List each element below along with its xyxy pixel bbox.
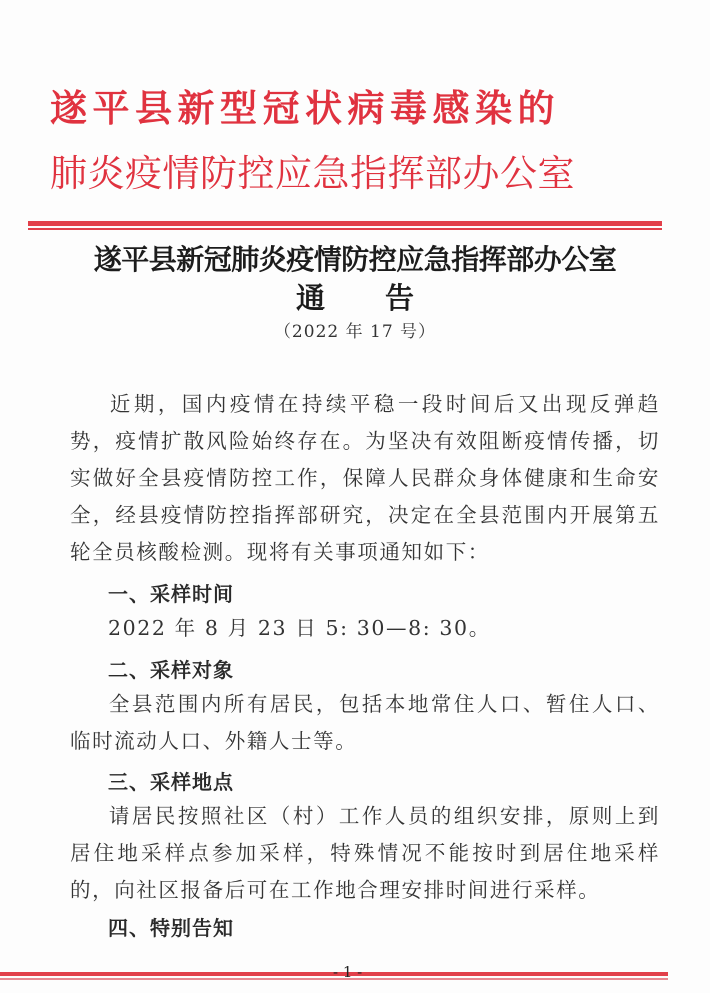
section-2-body: 全县范围内所有居民，包括本地常住人口、暂住人口、临时流动人口、外籍人士等。 (70, 692, 660, 753)
letterhead-line-2: 肺炎疫情防控应急指挥部办公室 (50, 143, 650, 197)
section-3-text: 请居民按照社区（村）工作人员的组织安排，原则上到居住地采样点参加采样，特殊情况不… (70, 798, 660, 909)
section-1-body: 2022 年 8 月 23 日 5: 30—8: 30。 (108, 616, 491, 640)
notice-title-char-1: 通 (296, 281, 325, 315)
section-2-heading: 二、采样对象 (108, 654, 234, 683)
section-1-heading: 一、采样时间 (108, 578, 234, 607)
section-3-body: 请居民按照社区（村）工作人员的组织安排，原则上到居住地采样点参加采样，特殊情况不… (70, 804, 660, 902)
intro-paragraph: 近期，国内疫情在持续平稳一段时间后又出现反弹趋势，疫情扩散风险始终存在。为坚决有… (70, 386, 660, 571)
page-number: - 1 - (333, 963, 362, 981)
issuer-title: 遂平县新冠肺炎疫情防控应急指挥部办公室 (0, 238, 710, 278)
notice-title-char-2: 告 (385, 281, 414, 315)
letterhead-line-1: 遂平县新型冠状病毒感染的 (50, 78, 650, 132)
intro-text: 近期，国内疫情在持续平稳一段时间后又出现反弹趋势，疫情扩散风险始终存在。为坚决有… (70, 392, 660, 564)
notice-title: 通告 (0, 276, 710, 317)
section-3-heading: 三、采样地点 (108, 766, 234, 795)
letterhead-red-rule-thin (28, 228, 662, 230)
section-1-text: 2022 年 8 月 23 日 5: 30—8: 30。 (70, 610, 660, 647)
section-4-heading: 四、特别告知 (108, 912, 234, 941)
section-2-text: 全县范围内所有居民，包括本地常住人口、暂住人口、临时流动人口、外籍人士等。 (70, 686, 660, 760)
document-number: （2022 年 17 号） (0, 317, 710, 342)
letterhead-red-rule (28, 221, 662, 226)
